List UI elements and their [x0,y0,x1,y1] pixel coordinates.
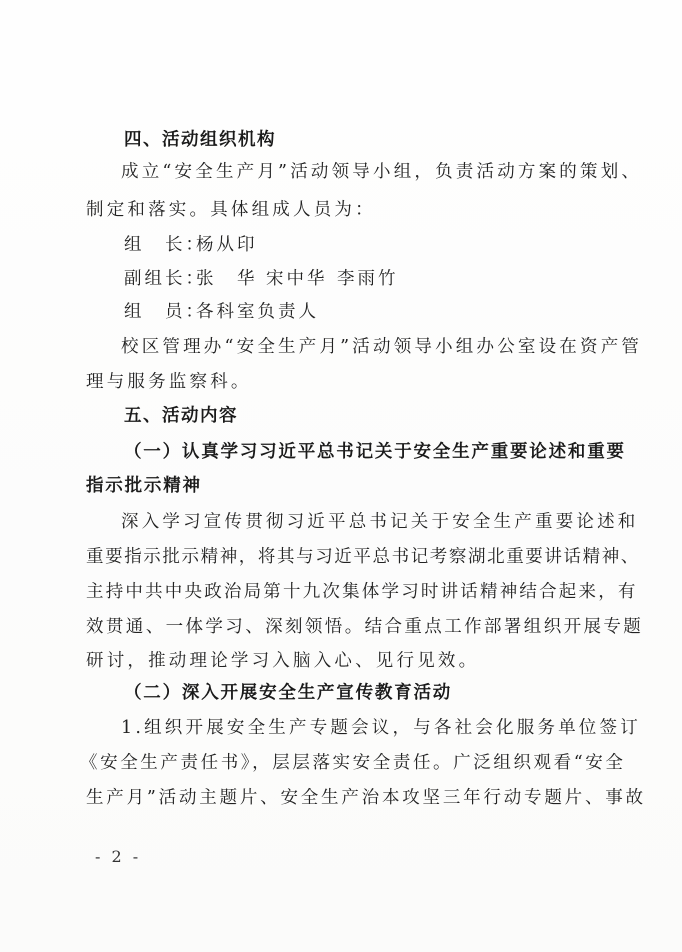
deputy-name: 宋中华 [266,267,328,291]
subsection-1-heading-cont: 指示批示精神 [86,474,202,498]
deputy-name: 李雨竹 [337,267,399,291]
deputy-name: 张 华 [196,267,258,291]
paragraph-line: 校区管理办“安全生产月”活动领导小组办公室设在资产管 [121,335,642,359]
paragraph-line: 生产月”活动主题片、安全生产治本攻坚三年行动专题片、事故 [86,786,646,810]
page-number: - 2 - [95,847,141,866]
section-4-heading: 四、活动组织机构 [124,128,276,152]
paragraph-line: 重要指示批示精神，将其与习近平总书记考察湖北重要讲话精神、 [86,545,640,569]
member-value: 各科室负责人 [196,300,319,324]
subsection-1-heading: （一）认真学习习近平总书记关于安全生产重要论述和重要 [124,440,626,464]
paragraph-line: 效贯通、一体学习、深刻领悟。结合重点工作部署组织开展专题 [86,615,643,639]
deputy-label: 副组长： [124,267,206,291]
paragraph-line: 研讨，推动理论学习入脑入心、见行见效。 [86,649,479,673]
paragraph-line: 《安全生产责任书》，层层落实安全责任。广泛组织观看“安全 [80,751,626,775]
section-5-heading: 五、活动内容 [124,404,238,428]
document-page: 四、活动组织机构 成立“安全生产月”活动领导小组，负责活动方案的策划、 制定和落… [0,0,682,952]
paragraph-line: 深入学习宣传贯彻习近平总书记关于安全生产重要论述和 [121,510,639,534]
paragraph-line: 成立“安全生产月”活动领导小组，负责活动方案的策划、 [121,160,642,184]
paragraph-line: 制定和落实。具体组成人员为： [86,198,376,222]
subsection-2-heading: （二）深入开展安全生产宣传教育活动 [124,681,452,705]
paragraph-line: 主持中共中央政治局第十九次集体学习时讲话精神结合起来，有 [86,580,638,604]
paragraph-line: 理与服务监察科。 [86,370,252,394]
leader-label: 组 长： [124,233,206,257]
paragraph-line: 1.组织开展安全生产专题会议，与各社会化服务单位签订 [121,716,641,740]
member-label: 组 员： [124,300,206,324]
leader-name: 杨从印 [196,233,258,257]
